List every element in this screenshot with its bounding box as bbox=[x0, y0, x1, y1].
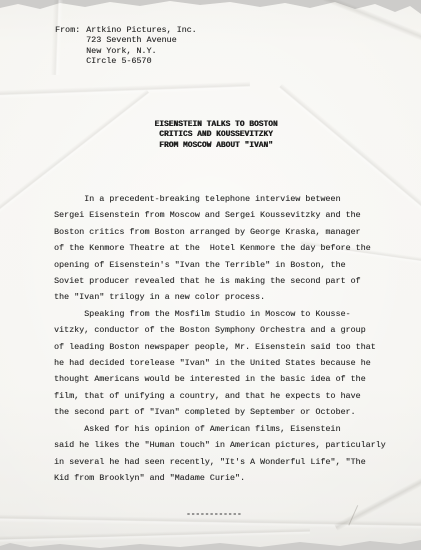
from-label: From: bbox=[55, 25, 80, 67]
paragraph-3: Asked for his opinion of American films,… bbox=[54, 421, 394, 487]
sender-header: From: Artkino Pictures, Inc. 723 Seventh… bbox=[55, 25, 197, 67]
press-release-title: EISENSTEIN TALKS TO BOSTON CRITICS AND K… bbox=[116, 120, 316, 151]
scanned-document-page: From: Artkino Pictures, Inc. 723 Seventh… bbox=[0, 0, 421, 550]
paragraph-2: Speaking from the Mosfilm Studio in Mosc… bbox=[54, 306, 394, 421]
paragraph-1: In a precedent-breaking telephone interv… bbox=[54, 191, 394, 306]
document-body: In a precedent-breaking telephone interv… bbox=[54, 191, 394, 486]
end-separator: ------------ bbox=[186, 509, 242, 519]
sender-address: Artkino Pictures, Inc. 723 Seventh Avenu… bbox=[86, 25, 197, 67]
